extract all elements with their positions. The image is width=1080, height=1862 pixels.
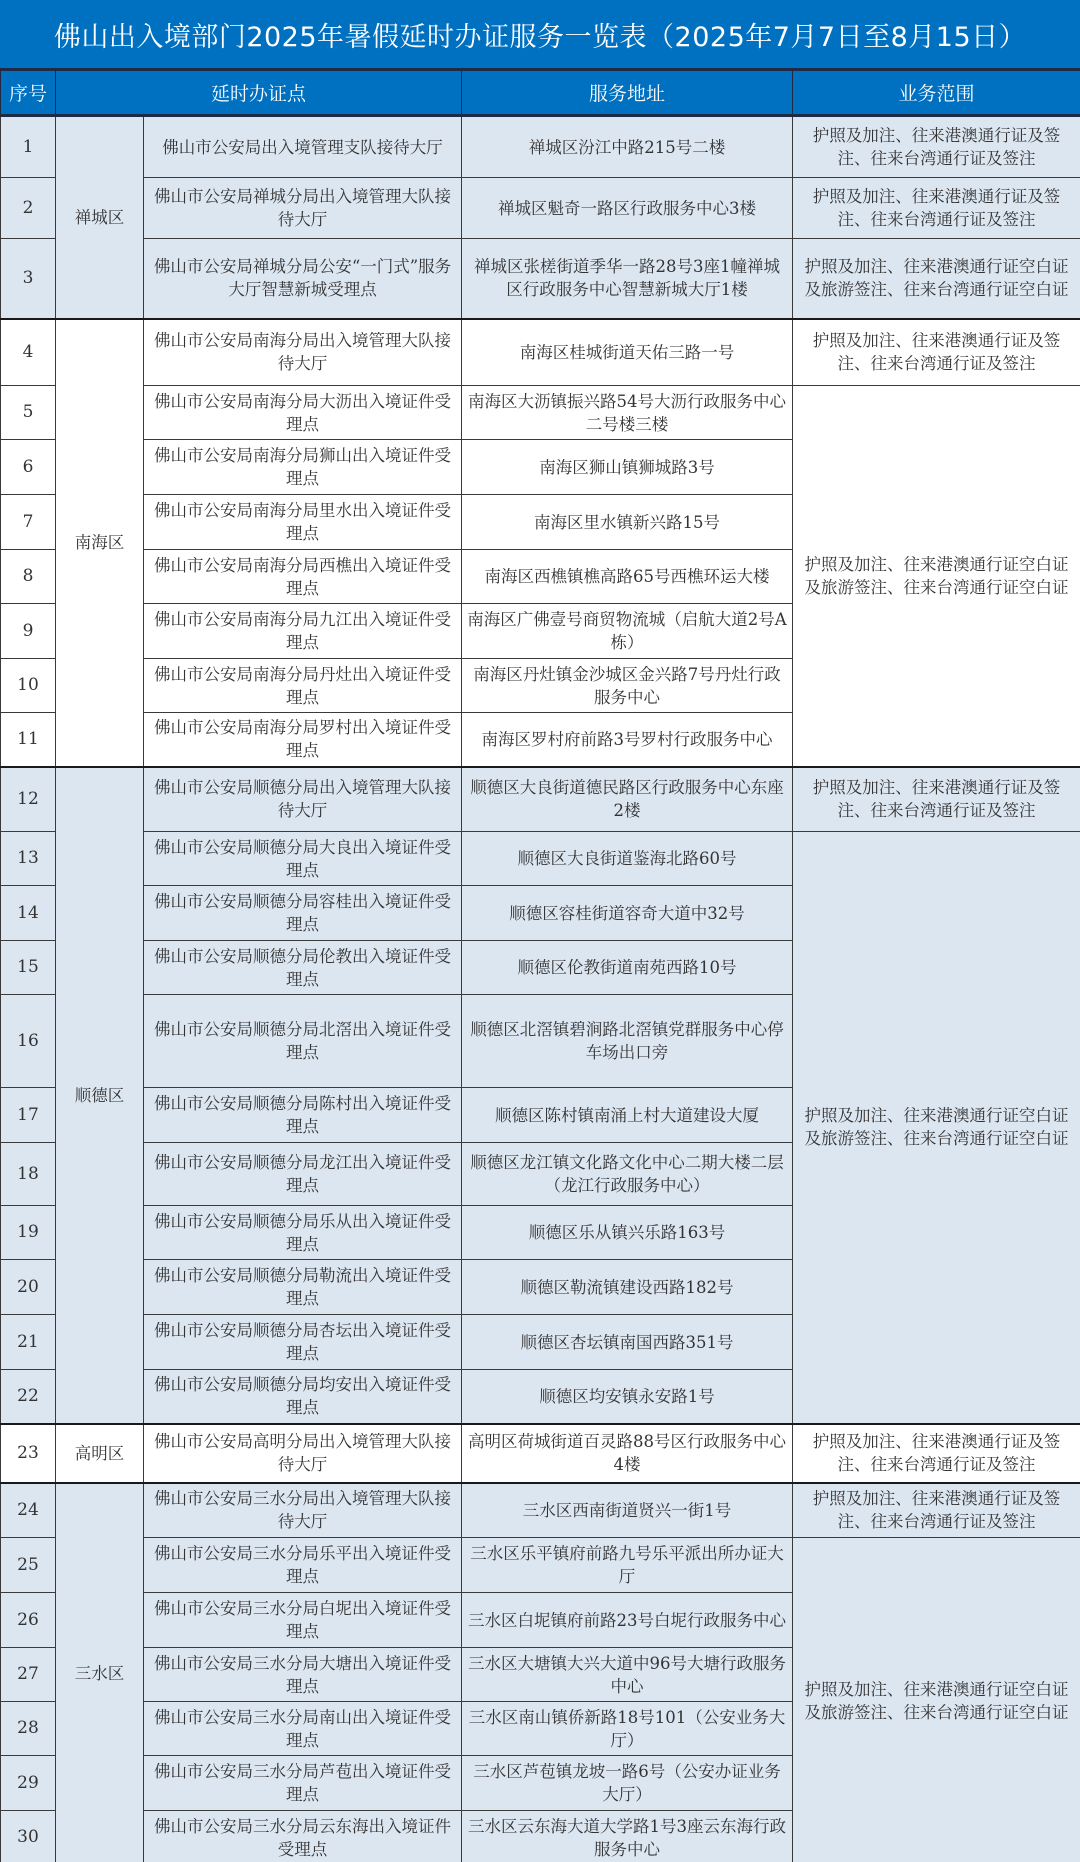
row-seq: 13 <box>1 832 56 886</box>
service-point-name: 佛山市公安局南海分局出入境管理大队接待大厅 <box>144 319 462 386</box>
service-address: 禅城区汾江中路215号二楼 <box>462 116 793 178</box>
row-seq: 12 <box>1 767 56 832</box>
service-point-name: 佛山市公安局顺德分局勒流出入境证件受理点 <box>144 1260 462 1315</box>
service-point-name: 佛山市公安局三水分局白坭出入境证件受理点 <box>144 1593 462 1648</box>
row-seq: 4 <box>1 319 56 386</box>
service-address: 南海区广佛壹号商贸物流城（启航大道2号A栋） <box>462 604 793 659</box>
service-point-name: 佛山市公安局顺德分局龙江出入境证件受理点 <box>144 1143 462 1206</box>
service-point-name: 佛山市公安局三水分局芦苞出入境证件受理点 <box>144 1756 462 1811</box>
row-seq: 2 <box>1 178 56 239</box>
business-scope: 护照及加注、往来港澳通行证及签注、往来台湾通行证及签注 <box>793 319 1080 386</box>
row-seq: 18 <box>1 1143 56 1206</box>
service-point-name: 佛山市公安局南海分局里水出入境证件受理点 <box>144 495 462 550</box>
service-point-name: 佛山市公安局顺德分局伦教出入境证件受理点 <box>144 941 462 995</box>
service-point-name: 佛山市公安局南海分局狮山出入境证件受理点 <box>144 440 462 495</box>
business-scope: 护照及加注、往来港澳通行证及签注、往来台湾通行证及签注 <box>793 1483 1080 1538</box>
service-address: 南海区大沥镇振兴路54号大沥行政服务中心二号楼三楼 <box>462 386 793 440</box>
row-seq: 9 <box>1 604 56 659</box>
row-seq: 27 <box>1 1648 56 1702</box>
service-address: 三水区大塘镇大兴大道中96号大塘行政服务中心 <box>462 1648 793 1702</box>
row-seq: 10 <box>1 659 56 713</box>
row-seq: 8 <box>1 550 56 604</box>
service-address: 南海区丹灶镇金沙城区金兴路7号丹灶行政服务中心 <box>462 659 793 713</box>
row-seq: 7 <box>1 495 56 550</box>
service-address: 顺德区大良街道鉴海北路60号 <box>462 832 793 886</box>
service-point-name: 佛山市公安局三水分局乐平出入境证件受理点 <box>144 1538 462 1593</box>
service-point-name: 佛山市公安局禅城分局出入境管理大队接待大厅 <box>144 178 462 239</box>
service-point-name: 佛山市公安局顺德分局均安出入境证件受理点 <box>144 1370 462 1424</box>
row-seq: 28 <box>1 1702 56 1756</box>
service-address: 南海区里水镇新兴路15号 <box>462 495 793 550</box>
service-point-name: 佛山市公安局顺德分局北滘出入境证件受理点 <box>144 995 462 1088</box>
business-scope: 护照及加注、往来港澳通行证空白证及旅游签注、往来台湾通行证空白证 <box>793 239 1080 319</box>
service-address: 禅城区魁奇一路区行政服务中心3楼 <box>462 178 793 239</box>
district-cell: 三水区 <box>56 1483 144 1862</box>
service-address: 三水区西南街道贤兴一街1号 <box>462 1483 793 1538</box>
service-address: 顺德区伦教街道南苑西路10号 <box>462 941 793 995</box>
row-seq: 26 <box>1 1593 56 1648</box>
service-address: 三水区乐平镇府前路九号乐平派出所办证大厅 <box>462 1538 793 1593</box>
service-point-name: 佛山市公安局禅城分局公安“一门式”服务大厅智慧新城受理点 <box>144 239 462 319</box>
service-point-name: 佛山市公安局三水分局南山出入境证件受理点 <box>144 1702 462 1756</box>
business-scope: 护照及加注、往来港澳通行证及签注、往来台湾通行证及签注 <box>793 767 1080 832</box>
table-header-row: 序号 延时办证点 服务地址 业务范围 <box>1 71 1080 116</box>
service-point-name: 佛山市公安局南海分局西樵出入境证件受理点 <box>144 550 462 604</box>
row-seq: 23 <box>1 1424 56 1483</box>
business-scope: 护照及加注、往来港澳通行证空白证及旅游签注、往来台湾通行证空白证 <box>793 1538 1080 1862</box>
service-point-name: 佛山市公安局顺德分局杏坛出入境证件受理点 <box>144 1315 462 1370</box>
table-row: 13佛山市公安局顺德分局大良出入境证件受理点顺德区大良街道鉴海北路60号护照及加… <box>1 832 1080 886</box>
row-seq: 3 <box>1 239 56 319</box>
service-address: 南海区罗村府前路3号罗村行政服务中心 <box>462 713 793 767</box>
column-header-seq: 序号 <box>1 71 56 116</box>
row-seq: 15 <box>1 941 56 995</box>
service-address: 南海区狮山镇狮城路3号 <box>462 440 793 495</box>
business-scope: 护照及加注、往来港澳通行证及签注、往来台湾通行证及签注 <box>793 116 1080 178</box>
table-row: 5佛山市公安局南海分局大沥出入境证件受理点南海区大沥镇振兴路54号大沥行政服务中… <box>1 386 1080 440</box>
page-title: 佛山出入境部门2025年暑假延时办证服务一览表（2025年7月7日至8月15日） <box>0 0 1080 70</box>
service-address: 顺德区杏坛镇南国西路351号 <box>462 1315 793 1370</box>
row-seq: 5 <box>1 386 56 440</box>
business-scope: 护照及加注、往来港澳通行证空白证及旅游签注、往来台湾通行证空白证 <box>793 832 1080 1424</box>
row-seq: 1 <box>1 116 56 178</box>
service-point-name: 佛山市公安局南海分局丹灶出入境证件受理点 <box>144 659 462 713</box>
district-cell: 南海区 <box>56 319 144 767</box>
row-seq: 22 <box>1 1370 56 1424</box>
service-address: 高明区荷城街道百灵路88号区行政服务中心4楼 <box>462 1424 793 1483</box>
business-scope: 护照及加注、往来港澳通行证及签注、往来台湾通行证及签注 <box>793 1424 1080 1483</box>
district-cell: 顺德区 <box>56 767 144 1424</box>
row-seq: 14 <box>1 886 56 941</box>
service-address: 南海区西樵镇樵高路65号西樵环运大楼 <box>462 550 793 604</box>
service-address: 顺德区勒流镇建设西路182号 <box>462 1260 793 1315</box>
table-row: 2佛山市公安局禅城分局出入境管理大队接待大厅禅城区魁奇一路区行政服务中心3楼护照… <box>1 178 1080 239</box>
row-seq: 24 <box>1 1483 56 1538</box>
row-seq: 16 <box>1 995 56 1088</box>
service-point-name: 佛山市公安局出入境管理支队接待大厅 <box>144 116 462 178</box>
district-cell: 高明区 <box>56 1424 144 1483</box>
service-address: 三水区云东海大道大学路1号3座云东海行政服务中心 <box>462 1811 793 1862</box>
service-point-name: 佛山市公安局顺德分局容桂出入境证件受理点 <box>144 886 462 941</box>
table-row: 3佛山市公安局禅城分局公安“一门式”服务大厅智慧新城受理点禅城区张槎街道季华一路… <box>1 239 1080 319</box>
district-cell: 禅城区 <box>56 116 144 319</box>
service-point-name: 佛山市公安局三水分局大塘出入境证件受理点 <box>144 1648 462 1702</box>
service-point-name: 佛山市公安局高明分局出入境管理大队接待大厅 <box>144 1424 462 1483</box>
service-point-name: 佛山市公安局顺德分局大良出入境证件受理点 <box>144 832 462 886</box>
row-seq: 19 <box>1 1206 56 1260</box>
column-header-scope: 业务范围 <box>793 71 1080 116</box>
service-point-name: 佛山市公安局三水分局云东海出入境证件受理点 <box>144 1811 462 1862</box>
row-seq: 11 <box>1 713 56 767</box>
service-point-name: 佛山市公安局顺德分局乐从出入境证件受理点 <box>144 1206 462 1260</box>
service-address: 南海区桂城街道天佑三路一号 <box>462 319 793 386</box>
column-header-address: 服务地址 <box>462 71 793 116</box>
service-point-name: 佛山市公安局顺德分局陈村出入境证件受理点 <box>144 1088 462 1143</box>
service-address: 顺德区龙江镇文化路文化中心二期大楼二层（龙江行政服务中心） <box>462 1143 793 1206</box>
service-point-name: 佛山市公安局南海分局九江出入境证件受理点 <box>144 604 462 659</box>
service-address: 顺德区大良街道德民路区行政服务中心东座2楼 <box>462 767 793 832</box>
service-address: 顺德区陈村镇南涌上村大道建设大厦 <box>462 1088 793 1143</box>
row-seq: 30 <box>1 1811 56 1862</box>
service-address: 顺德区均安镇永安路1号 <box>462 1370 793 1424</box>
business-scope: 护照及加注、往来港澳通行证空白证及旅游签注、往来台湾通行证空白证 <box>793 386 1080 767</box>
service-points-table: 序号 延时办证点 服务地址 业务范围 1禅城区佛山市公安局出入境管理支队接待大厅… <box>0 70 1080 1862</box>
service-address: 顺德区北滘镇碧涧路北滘镇党群服务中心停车场出口旁 <box>462 995 793 1088</box>
service-point-name: 佛山市公安局顺德分局出入境管理大队接待大厅 <box>144 767 462 832</box>
service-point-name: 佛山市公安局三水分局出入境管理大队接待大厅 <box>144 1483 462 1538</box>
service-address: 三水区南山镇侨新路18号101（公安业务大厅） <box>462 1702 793 1756</box>
service-address: 禅城区张槎街道季华一路28号3座1幢禅城区行政服务中心智慧新城大厅1楼 <box>462 239 793 319</box>
row-seq: 29 <box>1 1756 56 1811</box>
service-point-name: 佛山市公安局南海分局罗村出入境证件受理点 <box>144 713 462 767</box>
business-scope: 护照及加注、往来港澳通行证及签注、往来台湾通行证及签注 <box>793 178 1080 239</box>
row-seq: 17 <box>1 1088 56 1143</box>
service-address: 顺德区容桂街道容奇大道中32号 <box>462 886 793 941</box>
table-row: 24三水区佛山市公安局三水分局出入境管理大队接待大厅三水区西南街道贤兴一街1号护… <box>1 1483 1080 1538</box>
table-row: 4南海区佛山市公安局南海分局出入境管理大队接待大厅南海区桂城街道天佑三路一号护照… <box>1 319 1080 386</box>
column-header-name: 延时办证点 <box>56 71 462 116</box>
row-seq: 25 <box>1 1538 56 1593</box>
table-row: 1禅城区佛山市公安局出入境管理支队接待大厅禅城区汾江中路215号二楼护照及加注、… <box>1 116 1080 178</box>
row-seq: 20 <box>1 1260 56 1315</box>
service-address: 三水区白坭镇府前路23号白坭行政服务中心 <box>462 1593 793 1648</box>
table-row: 23高明区佛山市公安局高明分局出入境管理大队接待大厅高明区荷城街道百灵路88号区… <box>1 1424 1080 1483</box>
service-point-name: 佛山市公安局南海分局大沥出入境证件受理点 <box>144 386 462 440</box>
row-seq: 21 <box>1 1315 56 1370</box>
table-row: 12顺德区佛山市公安局顺德分局出入境管理大队接待大厅顺德区大良街道德民路区行政服… <box>1 767 1080 832</box>
row-seq: 6 <box>1 440 56 495</box>
table-row: 25佛山市公安局三水分局乐平出入境证件受理点三水区乐平镇府前路九号乐平派出所办证… <box>1 1538 1080 1593</box>
table-body: 1禅城区佛山市公安局出入境管理支队接待大厅禅城区汾江中路215号二楼护照及加注、… <box>1 116 1080 1862</box>
service-address: 顺德区乐从镇兴乐路163号 <box>462 1206 793 1260</box>
service-address: 三水区芦苞镇龙坡一路6号（公安办证业务大厅） <box>462 1756 793 1811</box>
